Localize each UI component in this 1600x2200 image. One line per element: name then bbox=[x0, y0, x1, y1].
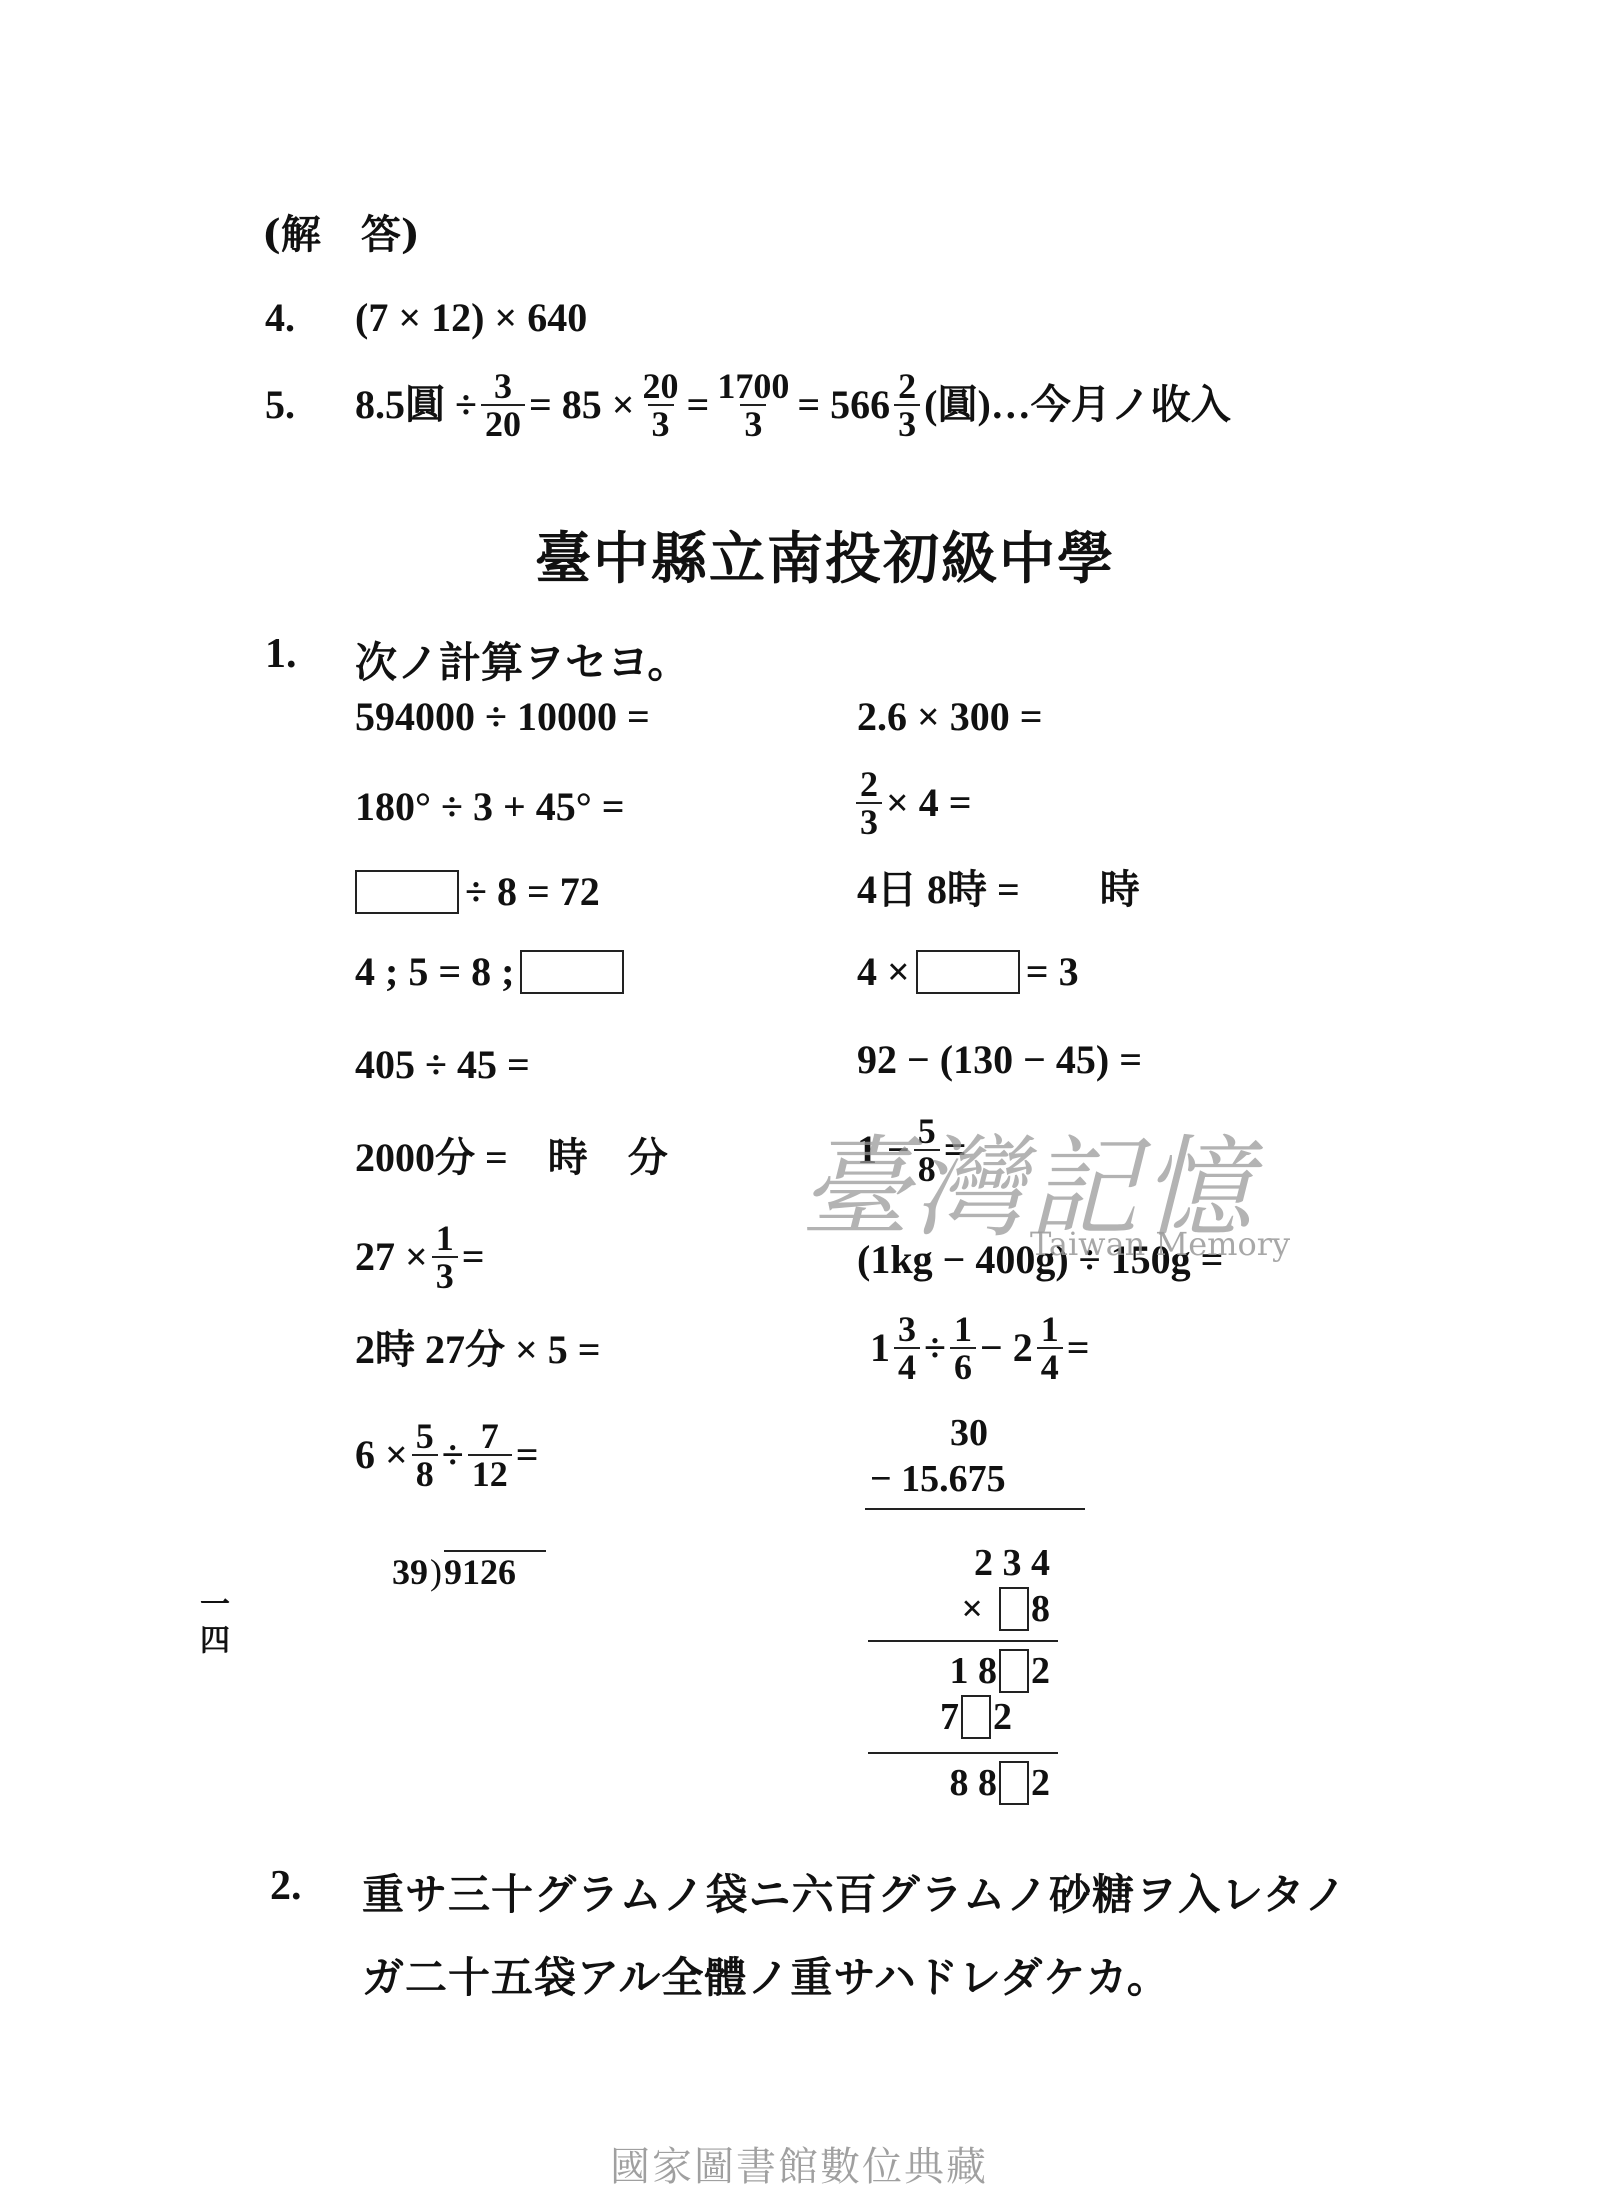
calc-left-9-pre: 6 × bbox=[355, 1435, 408, 1475]
calc-left-7-post: = bbox=[462, 1237, 485, 1277]
denominator: 6 bbox=[950, 1347, 976, 1385]
question-2-line-2: ガ二十五袋アル全體ノ重サハドレダケカ。 bbox=[362, 1945, 1170, 2005]
partial-1-digits: 1 8 bbox=[950, 1648, 998, 1694]
school-title: 臺中縣立南投初級中學 bbox=[535, 515, 1115, 595]
calc-left-9-post: = bbox=[516, 1435, 539, 1475]
divisor: 39 bbox=[392, 1554, 428, 1590]
calc-right-4: 4 × = 3 bbox=[857, 950, 1079, 994]
numerator: 1 bbox=[432, 1220, 458, 1256]
numerator: 2 bbox=[894, 368, 920, 404]
page-number: 一四 bbox=[196, 1588, 226, 1660]
numerator: 7 bbox=[477, 1418, 503, 1454]
division-bracket: ) bbox=[430, 1554, 442, 1590]
fraction: 58 bbox=[412, 1418, 438, 1492]
fraction: 203 bbox=[639, 368, 683, 442]
calc-left-3-text: ÷ 8 = 72 bbox=[465, 872, 600, 912]
numerator: 20 bbox=[639, 368, 683, 404]
fraction: 320 bbox=[481, 368, 525, 442]
calc-left-7: 27 × 13 = bbox=[355, 1212, 485, 1302]
digit-blank-box bbox=[999, 1761, 1029, 1805]
calc-right-3: 4日 8時 = 時 bbox=[857, 870, 1140, 910]
calc-right-2: 23 × 4 = bbox=[852, 758, 972, 848]
calc-left-8: 2時 27分 × 5 = bbox=[355, 1330, 601, 1370]
divide-sign: ÷ bbox=[924, 1328, 946, 1368]
times-sign: × bbox=[961, 1586, 983, 1632]
digit-blank-box bbox=[961, 1695, 991, 1739]
denominator: 8 bbox=[412, 1454, 438, 1492]
footer-collection-label: 國家圖書館數位典藏 bbox=[610, 2135, 988, 2192]
fraction: 17003 bbox=[713, 368, 793, 442]
numerator: 1 bbox=[1037, 1311, 1063, 1347]
numerator: 1700 bbox=[713, 368, 793, 404]
calc-left-9: 6 × 58 ÷ 712 = bbox=[355, 1410, 539, 1500]
answer-5-part2: = 85 × bbox=[529, 385, 635, 425]
question-2-line-1: 重サ三十グラムノ袋ニ六百グラムノ砂糖ヲ入レタノ bbox=[362, 1862, 1347, 1922]
numerator: 2 bbox=[856, 766, 882, 802]
result-last-digit: 2 bbox=[1031, 1760, 1050, 1806]
calc-right-4-pre: 4 × bbox=[857, 952, 910, 992]
result-digits: 8 8 bbox=[950, 1760, 998, 1806]
answer-5-part3: = bbox=[687, 385, 710, 425]
fraction: 13 bbox=[432, 1220, 458, 1294]
multiplication-rule-2 bbox=[868, 1752, 1058, 1754]
dividend: 9126 bbox=[444, 1550, 546, 1590]
equals-sign: = bbox=[1067, 1328, 1090, 1368]
vertical-subtraction: 30 − 15.675 bbox=[860, 1410, 1080, 1502]
question-1-prompt: 次ノ計算ヲセヨ。 bbox=[355, 630, 689, 690]
calc-left-4: 4 ; 5 = 8 ; bbox=[355, 950, 630, 994]
fraction: 16 bbox=[950, 1311, 976, 1385]
partial-1-last-digit: 2 bbox=[1031, 1648, 1050, 1694]
calc-left-1: 594000 ÷ 10000 = bbox=[355, 697, 650, 737]
answer-5-part4: = 566 bbox=[797, 385, 890, 425]
multiplier-digit: 8 bbox=[1031, 1586, 1050, 1632]
partial-2-last-digit: 2 bbox=[993, 1694, 1012, 1740]
fraction: 23 bbox=[894, 368, 920, 442]
calc-left-4-text: 4 ; 5 = 8 ; bbox=[355, 952, 514, 992]
divide-sign: ÷ bbox=[442, 1435, 464, 1475]
answer-5-part5: (圓)…今月ノ收入 bbox=[924, 385, 1231, 425]
answer-blank-box bbox=[916, 950, 1020, 994]
result-row: 8 8 2 bbox=[870, 1760, 1070, 1806]
denominator: 4 bbox=[1037, 1347, 1063, 1385]
question-2-label: 2. bbox=[270, 1862, 302, 1910]
calc-left-6: 2000分 = 時 分 bbox=[355, 1138, 668, 1178]
partial-2-digits: 7 bbox=[940, 1694, 959, 1740]
calc-right-1: 2.6 × 300 = bbox=[857, 697, 1043, 737]
answer-4-expression: (7 × 12) × 640 bbox=[355, 298, 587, 338]
answer-blank-box bbox=[355, 870, 459, 914]
answer-5-part1: 8.5圓 ÷ bbox=[355, 385, 477, 425]
fraction: 23 bbox=[856, 766, 882, 840]
multiplication-result: 8 8 2 bbox=[870, 1760, 1070, 1806]
answer-4-label: 4. bbox=[265, 298, 295, 338]
minuend: 30 bbox=[860, 1410, 1080, 1456]
calc-left-3: ÷ 8 = 72 bbox=[355, 870, 600, 914]
denominator: 3 bbox=[894, 404, 920, 442]
denominator: 3 bbox=[740, 404, 766, 442]
partial-product-2: 7 2 bbox=[870, 1694, 1070, 1740]
calc-right-8: 1 34 ÷ 16 − 2 14 = bbox=[870, 1303, 1090, 1393]
multiplicand: 2 3 4 bbox=[870, 1540, 1070, 1586]
multiplication-rule-1 bbox=[868, 1640, 1058, 1642]
denominator: 20 bbox=[481, 404, 525, 442]
denominator: 3 bbox=[648, 404, 674, 442]
long-division: 39 ) 9126 bbox=[392, 1550, 546, 1590]
numerator: 3 bbox=[894, 1311, 920, 1347]
subtrahend: − 15.675 bbox=[860, 1456, 1080, 1502]
partial-products: 1 8 2 7 2 bbox=[870, 1648, 1070, 1740]
denominator: 4 bbox=[894, 1347, 920, 1385]
partial-product-1: 1 8 2 bbox=[870, 1648, 1070, 1694]
fraction: 712 bbox=[468, 1418, 512, 1492]
watermark-english: Taiwan Memory bbox=[1030, 1225, 1290, 1263]
calc-left-2: 180° ÷ 3 + 45° = bbox=[355, 787, 625, 827]
digit-blank-box bbox=[999, 1587, 1029, 1631]
question-1-label: 1. bbox=[265, 630, 297, 678]
fraction: 34 bbox=[894, 1311, 920, 1385]
answer-blank-box bbox=[520, 950, 624, 994]
minus-whole: − 2 bbox=[980, 1328, 1033, 1368]
subtraction-rule bbox=[865, 1508, 1085, 1510]
answers-heading: (解 答) bbox=[262, 215, 420, 255]
calc-left-5: 405 ÷ 45 = bbox=[355, 1045, 530, 1085]
digit-blank-box bbox=[999, 1649, 1029, 1693]
denominator: 3 bbox=[856, 802, 882, 840]
denominator: 3 bbox=[432, 1256, 458, 1294]
answer-5-expression: 8.5圓 ÷ 320 = 85 × 203 = 17003 = 566 23 (… bbox=[355, 355, 1231, 455]
calc-right-5: 92 − (130 − 45) = bbox=[857, 1040, 1142, 1080]
denominator: 12 bbox=[468, 1454, 512, 1492]
whole-number: 1 bbox=[870, 1328, 890, 1368]
numerator: 3 bbox=[490, 368, 516, 404]
calc-right-4-post: = 3 bbox=[1026, 952, 1079, 992]
vertical-multiplication: 2 3 4 × 8 bbox=[870, 1540, 1070, 1632]
fraction: 14 bbox=[1037, 1311, 1063, 1385]
numerator: 1 bbox=[950, 1311, 976, 1347]
multiplier-row: × 8 bbox=[870, 1586, 1070, 1632]
calc-left-7-pre: 27 × bbox=[355, 1237, 428, 1277]
numerator: 5 bbox=[412, 1418, 438, 1454]
answer-5-label: 5. bbox=[265, 385, 295, 425]
calc-right-2-post: × 4 = bbox=[886, 783, 972, 823]
